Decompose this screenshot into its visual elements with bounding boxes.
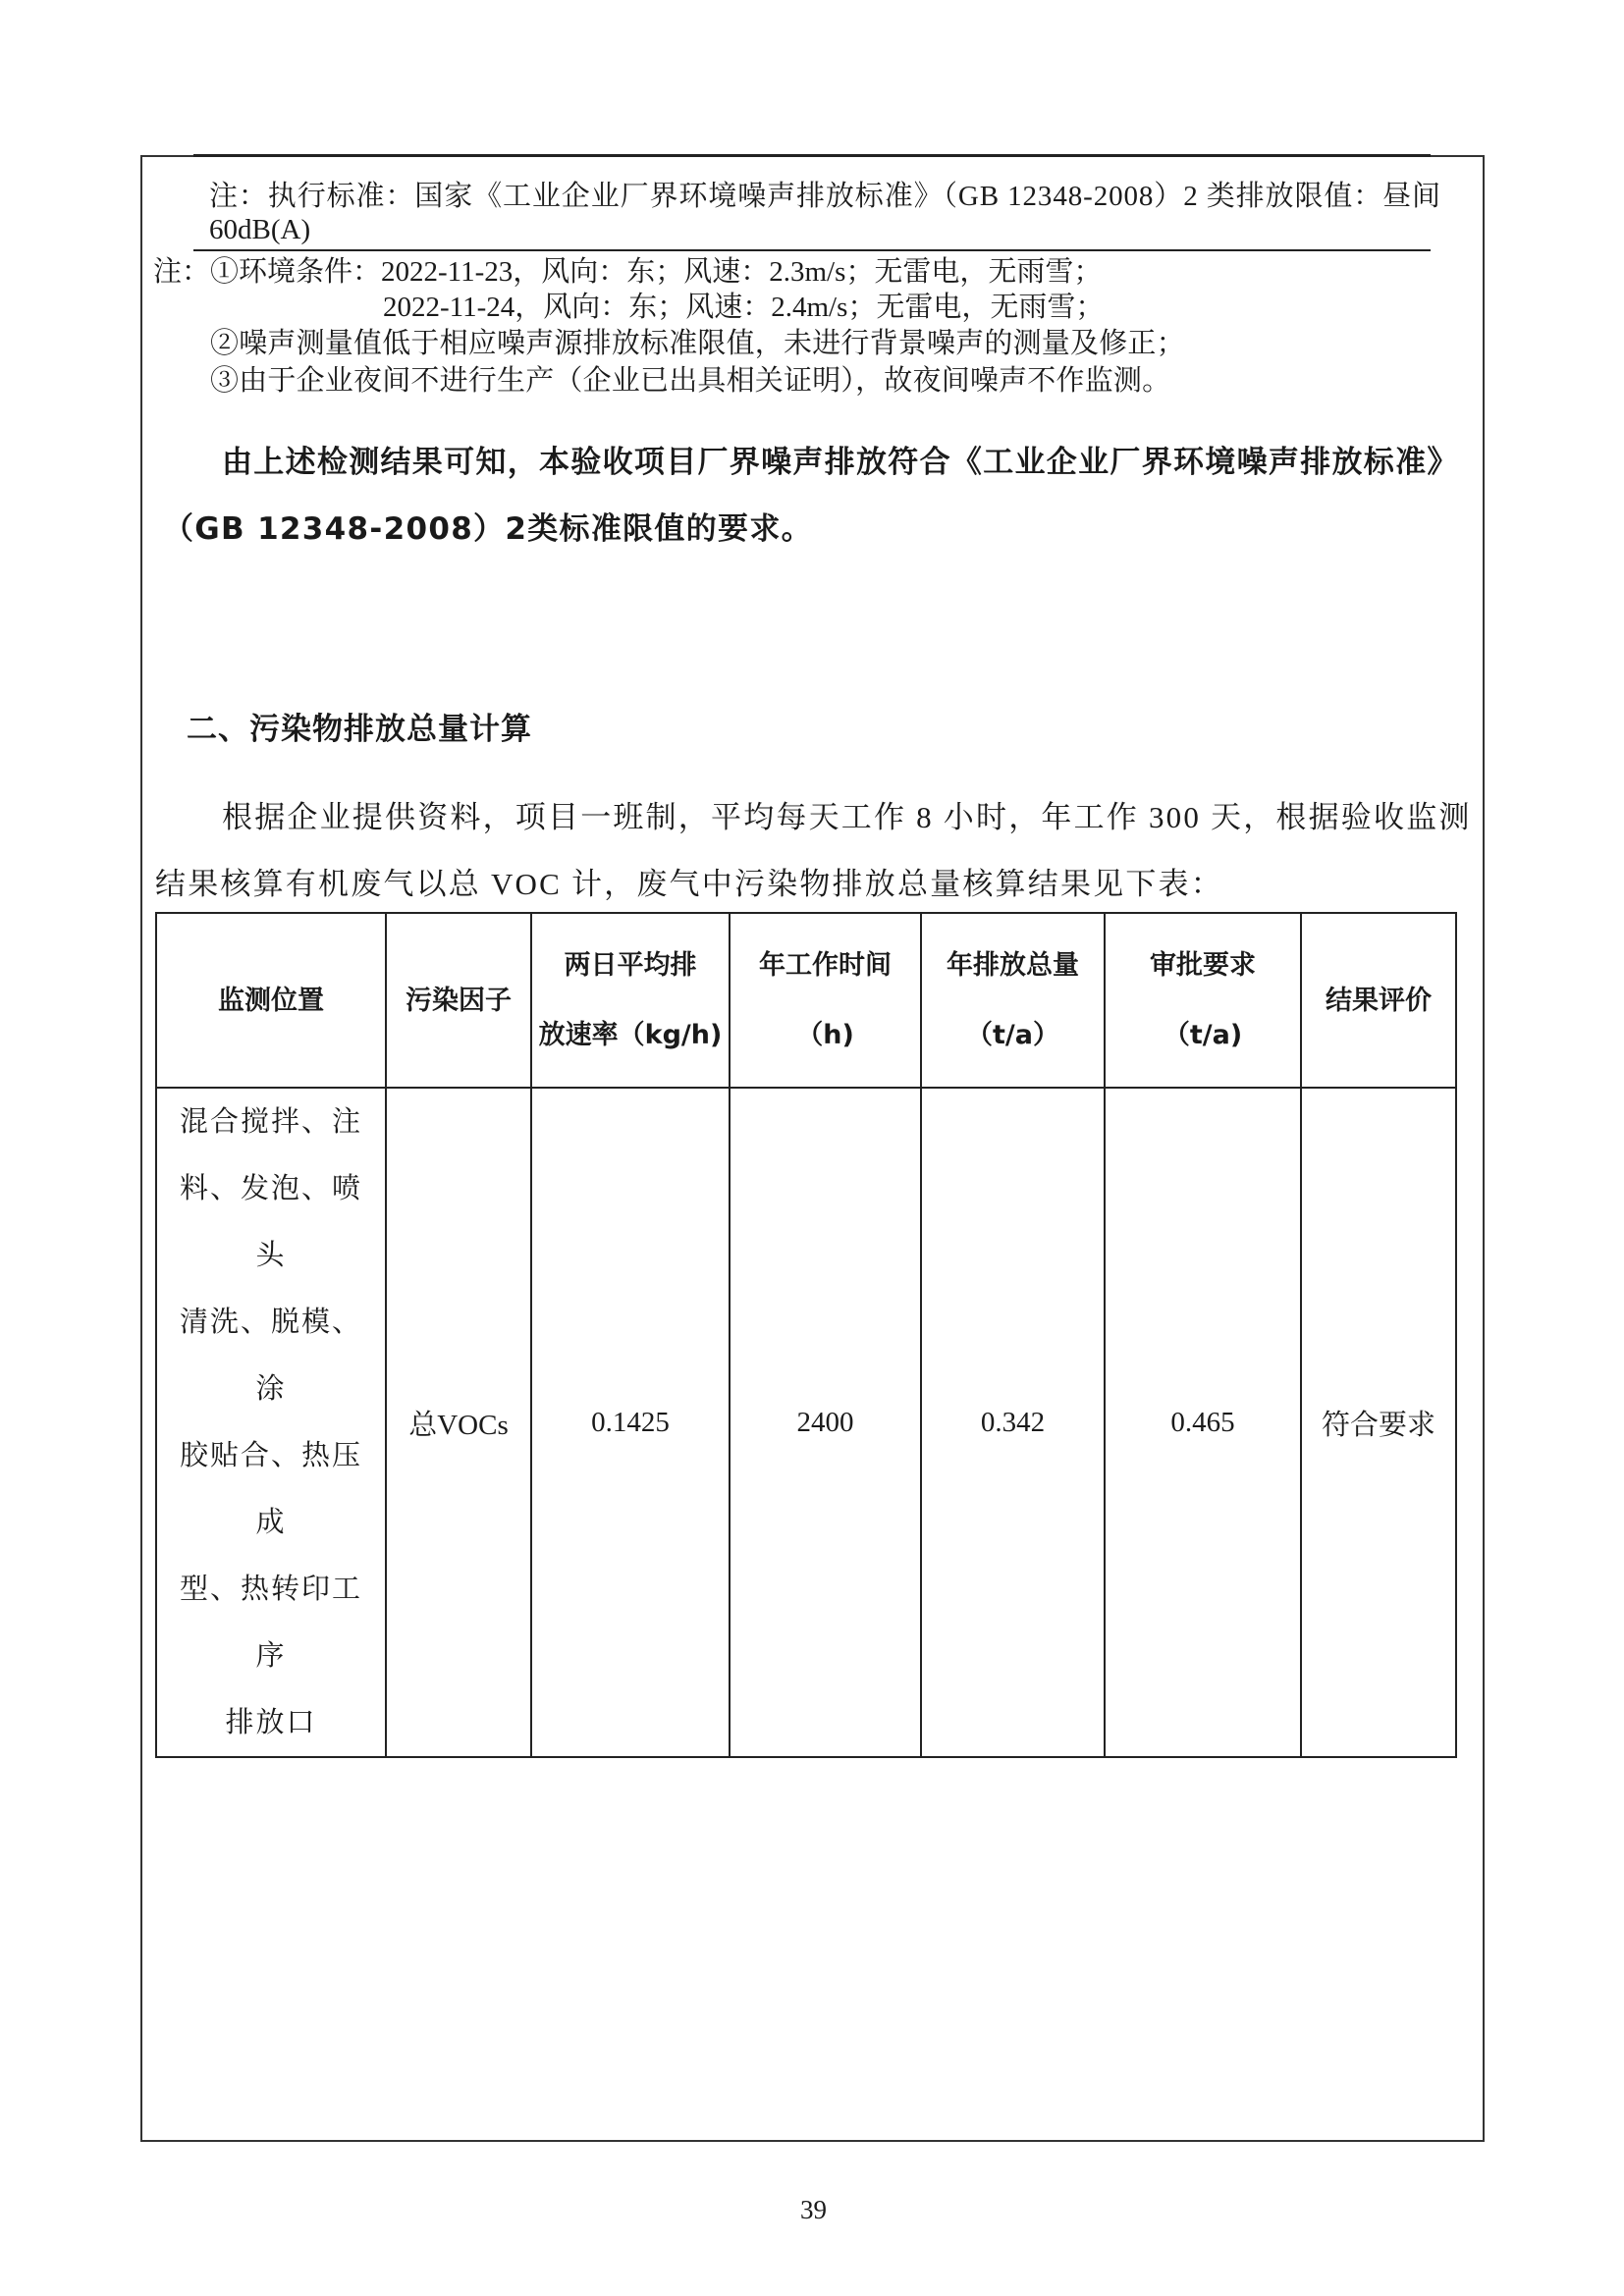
header-annual-total: 年排放总量（t/a） bbox=[921, 913, 1105, 1088]
section-paragraph-line1: 根据企业提供资料，项目一班制，平均每天工作 8 小时，年工作 300 天，根据验… bbox=[222, 792, 1472, 836]
standard-note-line1: 注：执行标准：国家《工业企业厂界环境噪声排放标准》（GB 12348-2008）… bbox=[209, 179, 1441, 214]
page-number: 39 bbox=[800, 2195, 827, 2225]
standard-note-line2: 60dB(A) bbox=[209, 212, 310, 247]
header-approval: 审批要求（t/a) bbox=[1105, 913, 1301, 1088]
header-evaluation: 结果评价 bbox=[1301, 913, 1456, 1088]
header-pollutant: 污染因子 bbox=[386, 913, 531, 1088]
section-paragraph-line2: 结果核算有机废气以总 VOC 计，废气中污染物排放总量核算结果见下表： bbox=[155, 859, 1223, 903]
conclusion-line1: 由上述检测结果可知，本验收项目厂界噪声排放符合《工业企业厂界环境噪声排放标准》 bbox=[222, 437, 1459, 481]
cell-annual-hours: 2400 bbox=[730, 1088, 921, 1757]
note-item3: ③由于企业夜间不进行生产（企业已出具相关证明），故夜间噪声不作监测。 bbox=[210, 363, 1170, 399]
emissions-table: 监测位置 污染因子 两日平均排放速率（kg/h) 年工作时间（h) 年排放总量（… bbox=[155, 912, 1457, 1758]
notes-prefix: 注： bbox=[153, 254, 210, 290]
table-top-rule bbox=[193, 154, 1431, 157]
header-annual-hours: 年工作时间（h) bbox=[730, 913, 921, 1088]
cell-location: 混合搅拌、注 料、发泡、喷头 清洗、脱模、涂 胶贴合、热压成 型、热转印工序 排… bbox=[156, 1088, 386, 1757]
table-header-row: 监测位置 污染因子 两日平均排放速率（kg/h) 年工作时间（h) 年排放总量（… bbox=[156, 913, 1456, 1088]
cell-approval: 0.465 bbox=[1105, 1088, 1301, 1757]
note-item1-line2: 2022-11-24，风向：东；风速：2.4m/s；无雷电，无雨雪； bbox=[383, 290, 1104, 325]
header-avg-rate: 两日平均排放速率（kg/h) bbox=[531, 913, 730, 1088]
table-bottom-rule bbox=[193, 249, 1431, 251]
conclusion-line2: （GB 12348-2008）2类标准限值的要求。 bbox=[163, 504, 813, 548]
cell-avg-rate: 0.1425 bbox=[531, 1088, 730, 1757]
cell-evaluation: 符合要求 bbox=[1301, 1088, 1456, 1757]
table-row: 混合搅拌、注 料、发泡、喷头 清洗、脱模、涂 胶贴合、热压成 型、热转印工序 排… bbox=[156, 1088, 1456, 1757]
header-location: 监测位置 bbox=[156, 913, 386, 1088]
cell-pollutant: 总VOCs bbox=[386, 1088, 531, 1757]
note-item2: ②噪声测量值低于相应噪声源排放标准限值，未进行背景噪声的测量及修正； bbox=[210, 326, 1185, 361]
note-item1-line1: ①环境条件：2022-11-23，风向：东；风速：2.3m/s；无雷电，无雨雪； bbox=[210, 254, 1102, 290]
cell-annual-total: 0.342 bbox=[921, 1088, 1105, 1757]
section-heading: 二、污染物排放总量计算 bbox=[187, 704, 532, 748]
